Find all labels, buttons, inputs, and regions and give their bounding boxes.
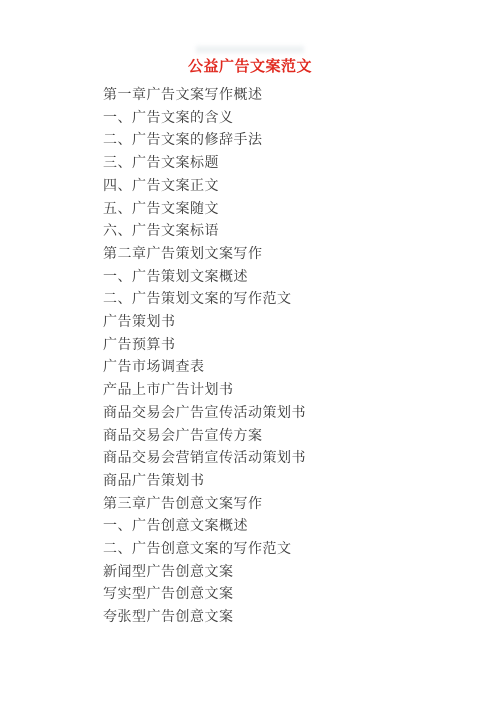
document-line: 二、广告策划文案的写作范文 (103, 289, 480, 312)
document-line: 写实型广告创意文案 (103, 584, 480, 607)
document-line: 广告策划书 (103, 312, 480, 335)
document-line: 三、广告文案标题 (103, 153, 480, 176)
document-line: 第三章广告创意文案写作 (103, 494, 480, 517)
document-line: 商品交易会广告宣传活动策划书 (103, 403, 480, 426)
document-line: 二、广告创意文案的写作范文 (103, 539, 480, 562)
document-line: 一、广告创意文案概述 (103, 516, 480, 539)
document-line: 夸张型广告创意文案 (103, 607, 480, 630)
document-line: 四、广告文案正文 (103, 176, 480, 199)
document-line: 产品上市广告计划书 (103, 380, 480, 403)
document-title: 公益广告文案范文 (0, 0, 500, 78)
document-line: 第二章广告策划文案写作 (103, 244, 480, 267)
document-line: 一、广告策划文案概述 (103, 267, 480, 290)
document-line: 商品交易会营销宣传活动策划书 (103, 448, 480, 471)
document-page: 公益广告文案范文 第一章广告文案写作概述一、广告文案的含义二、广告文案的修辞手法… (0, 0, 500, 707)
document-line: 广告预算书 (103, 335, 480, 358)
document-line: 商品广告策划书 (103, 471, 480, 494)
document-line: 商品交易会广告宣传方案 (103, 426, 480, 449)
document-line: 六、广告文案标语 (103, 221, 480, 244)
document-line: 五、广告文案随文 (103, 199, 480, 222)
document-line: 广告市场调查表 (103, 357, 480, 380)
document-line: 二、广告文案的修辞手法 (103, 130, 480, 153)
document-body: 第一章广告文案写作概述一、广告文案的含义二、广告文案的修辞手法三、广告文案标题四… (0, 85, 500, 630)
document-line: 新闻型广告创意文案 (103, 562, 480, 585)
document-line: 第一章广告文案写作概述 (103, 85, 480, 108)
document-line: 一、广告文案的含义 (103, 108, 480, 131)
